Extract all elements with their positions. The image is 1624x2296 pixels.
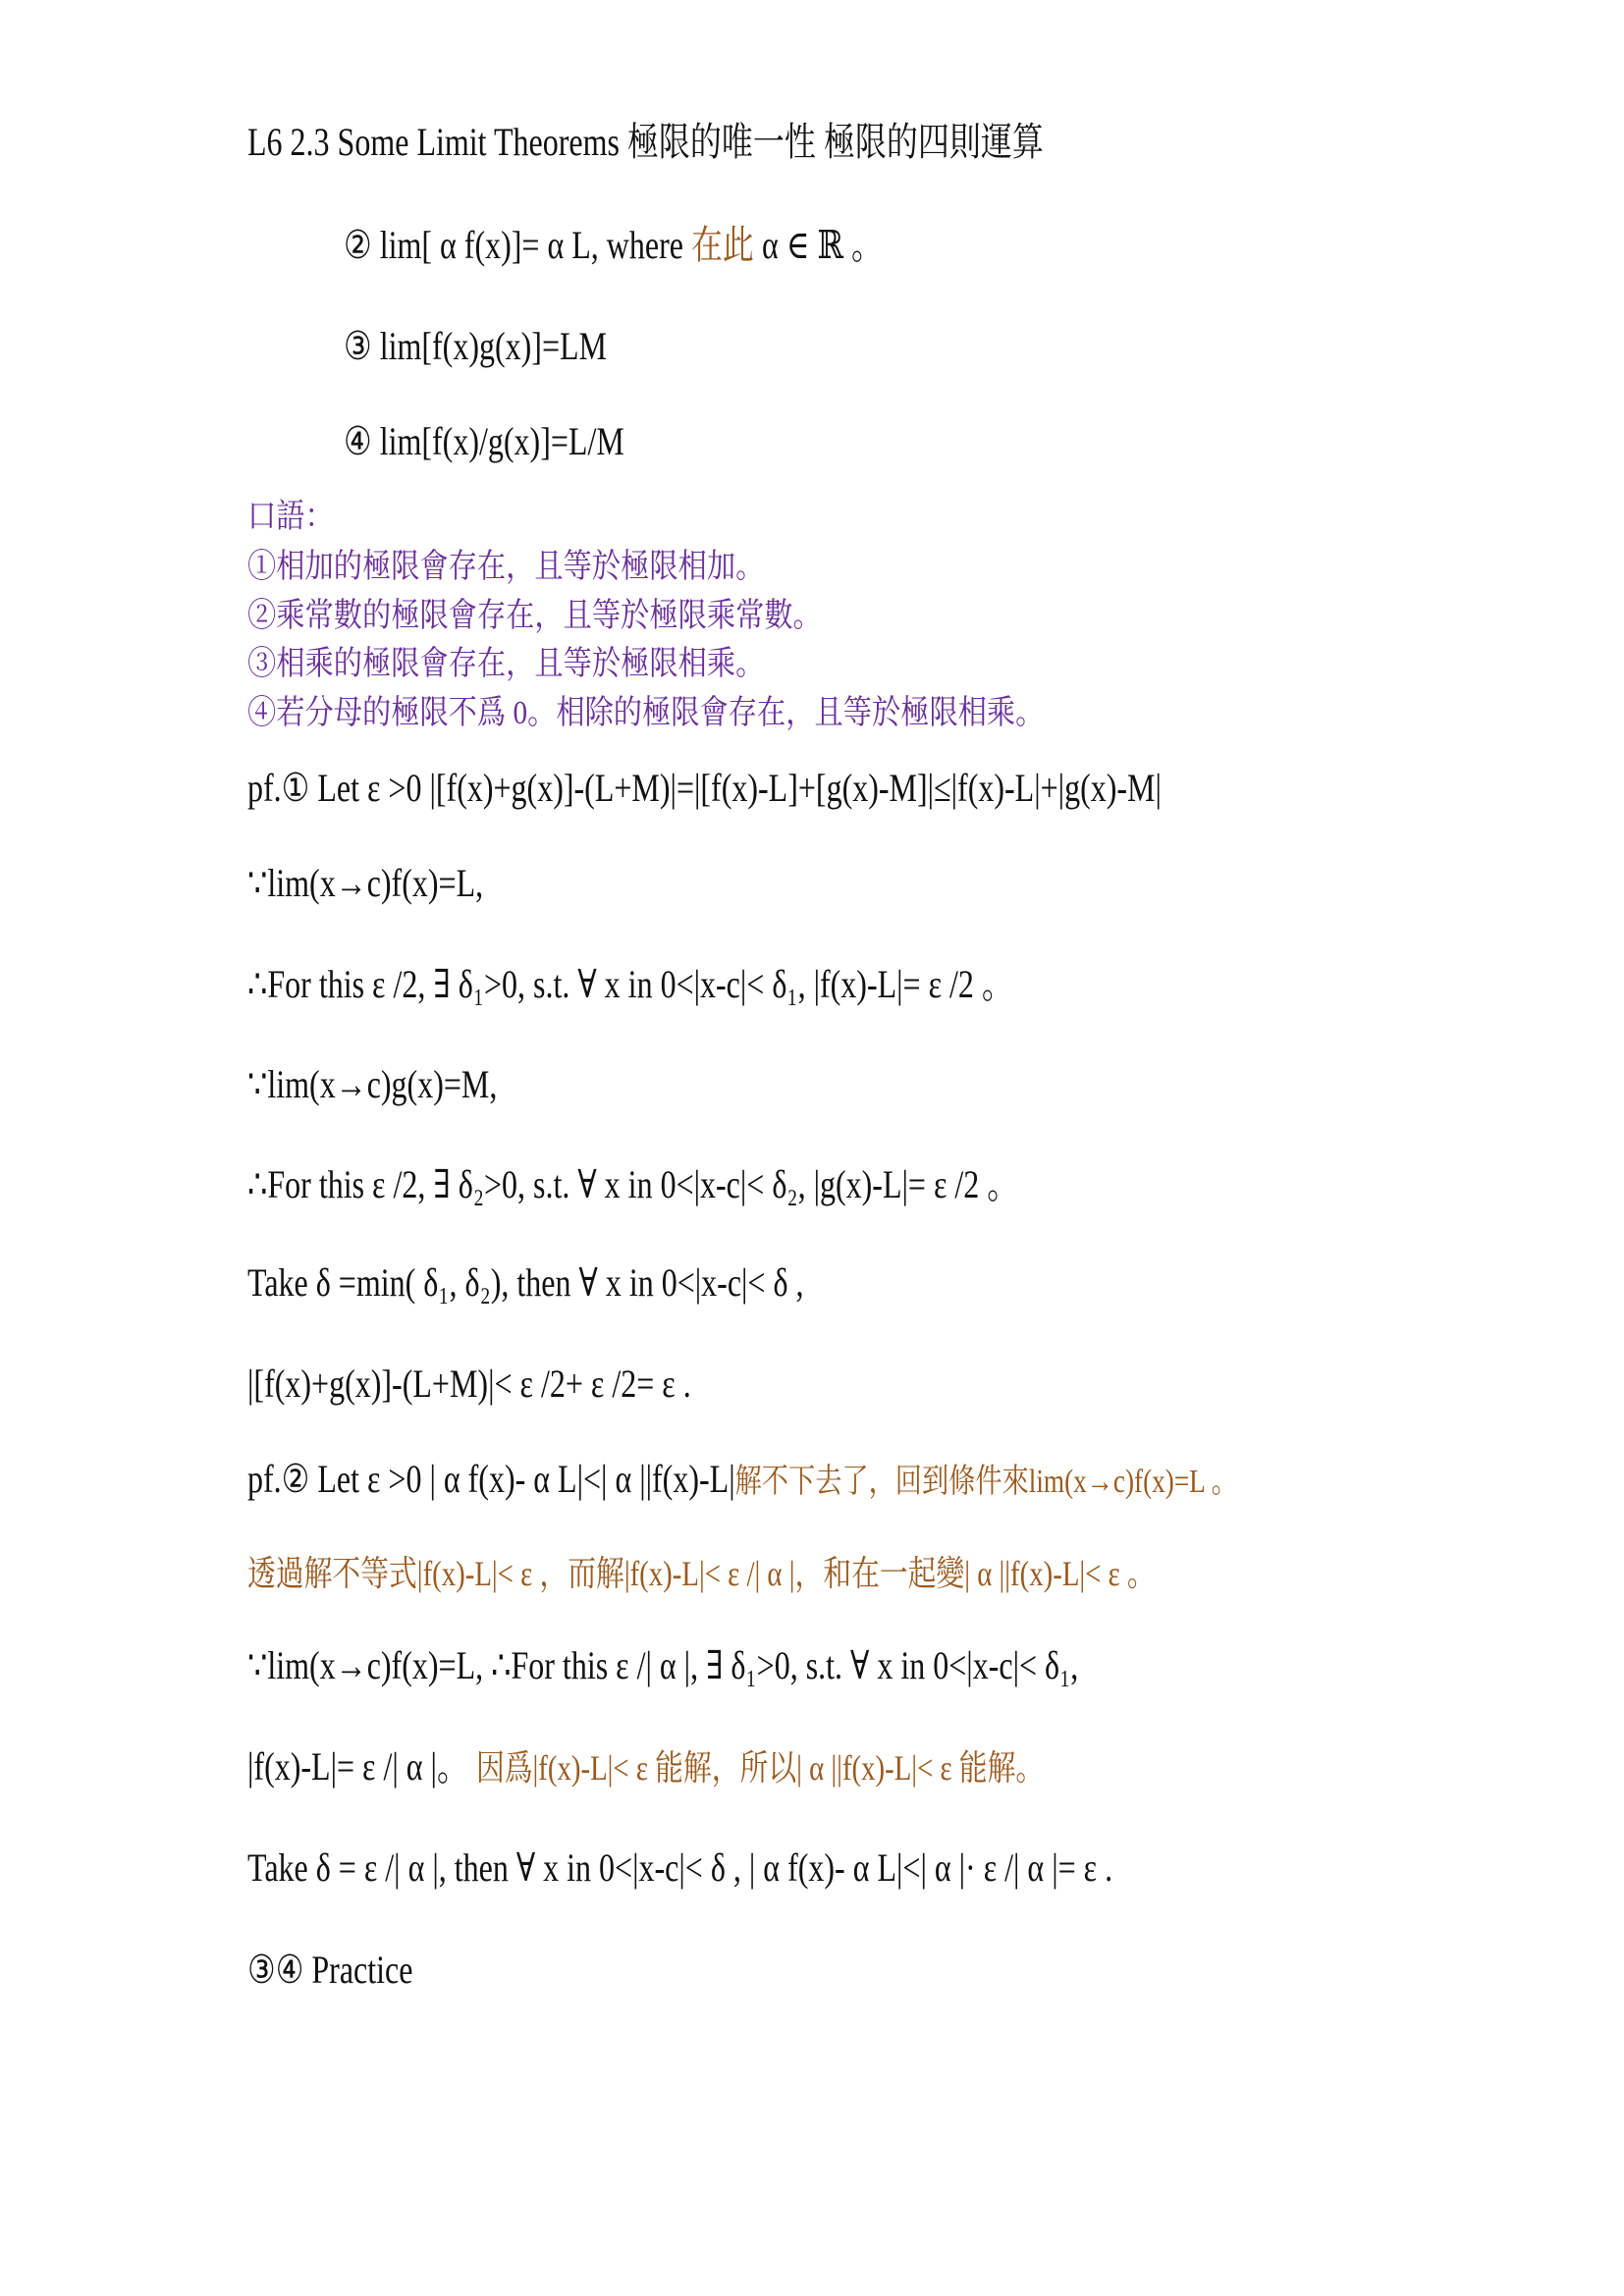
theorem-2-tail: α ∈ ℝ 。 <box>754 223 883 267</box>
proof-line-8: pf.② Let ε >0 | α f(x)- α L|<| α ||f(x)-… <box>247 1455 1238 1504</box>
spoken-item-4: ④若分母的極限不爲 0。相除的極限會存在，且等於極限相乘。 <box>247 689 1044 738</box>
theorem-2: ② lim[ α f(x)]= α L, where 在此 α ∈ ℝ 。 <box>344 221 883 270</box>
proof-line-12: Take δ = ε /| α |, then ∀ x in 0<|x-c|< … <box>247 1843 1112 1893</box>
proof-line-10: ∵lim(x→c)f(x)=L, ∴For this ε /| α |, ∃ δ… <box>247 1641 1078 1690</box>
proof-line-13: ③④ Practice <box>247 1946 412 1995</box>
spoken-heading: 口語： <box>247 493 334 542</box>
proof-line-9: 透過解不等式|f(x)-L|< ε ，而解|f(x)-L|< ε /| α |，… <box>247 1548 1156 1597</box>
page-title: L6 2.3 Some Limit Theorems 極限的唯一性 極限的四則運… <box>247 118 1044 167</box>
proof-line-1: pf.① Let ε >0 |[f(x)+g(x)]-(L+M)|=|[f(x)… <box>247 764 1162 813</box>
proof-line-7: |[f(x)+g(x)]-(L+M)|< ε /2+ ε /2= ε . <box>247 1360 691 1409</box>
proof-line-3: ∴For this ε /2, ∃ δ₁>0, s.t. ∀ x in 0<|x… <box>247 960 1013 1009</box>
proof-line-2: ∵lim(x→c)f(x)=L, <box>247 859 483 908</box>
theorem-2-note: 在此 <box>691 223 754 267</box>
proof-note: 解不下去了，回到條件來lim(x→c)f(x)=L 。 <box>735 1464 1238 1500</box>
spoken-item-1: ①相加的極限會存在，且等於極限相加。 <box>247 543 764 592</box>
theorem-3: ③ lim[f(x)g(x)]=LM <box>344 322 607 371</box>
proof-line-4: ∵lim(x→c)g(x)=M, <box>247 1060 497 1109</box>
theorem-2-text: ② lim[ α f(x)]= α L, where <box>344 223 691 267</box>
spoken-item-2: ②乘常數的極限會存在，且等於極限乘常數。 <box>247 592 822 641</box>
spoken-item-3: ③相乘的極限會存在，且等於極限相乘。 <box>247 640 764 689</box>
document-page: L6 2.3 Some Limit Theorems 極限的唯一性 極限的四則運… <box>0 0 1624 2296</box>
proof-line-11: |f(x)-L|= ε /| α |。 因爲|f(x)-L|< ε 能解，所以|… <box>247 1742 1044 1791</box>
proof-line-6: Take δ =min( δ₁, δ₂), then ∀ x in 0<|x-c… <box>247 1258 804 1308</box>
proof-line-5: ∴For this ε /2, ∃ δ₂>0, s.t. ∀ x in 0<|x… <box>247 1160 1018 1209</box>
proof-note-2: 因爲|f(x)-L|< ε 能解，所以| α ||f(x)-L|< ε 能解。 <box>476 1748 1044 1788</box>
theorem-4: ④ lim[f(x)/g(x)]=L/M <box>344 417 624 466</box>
